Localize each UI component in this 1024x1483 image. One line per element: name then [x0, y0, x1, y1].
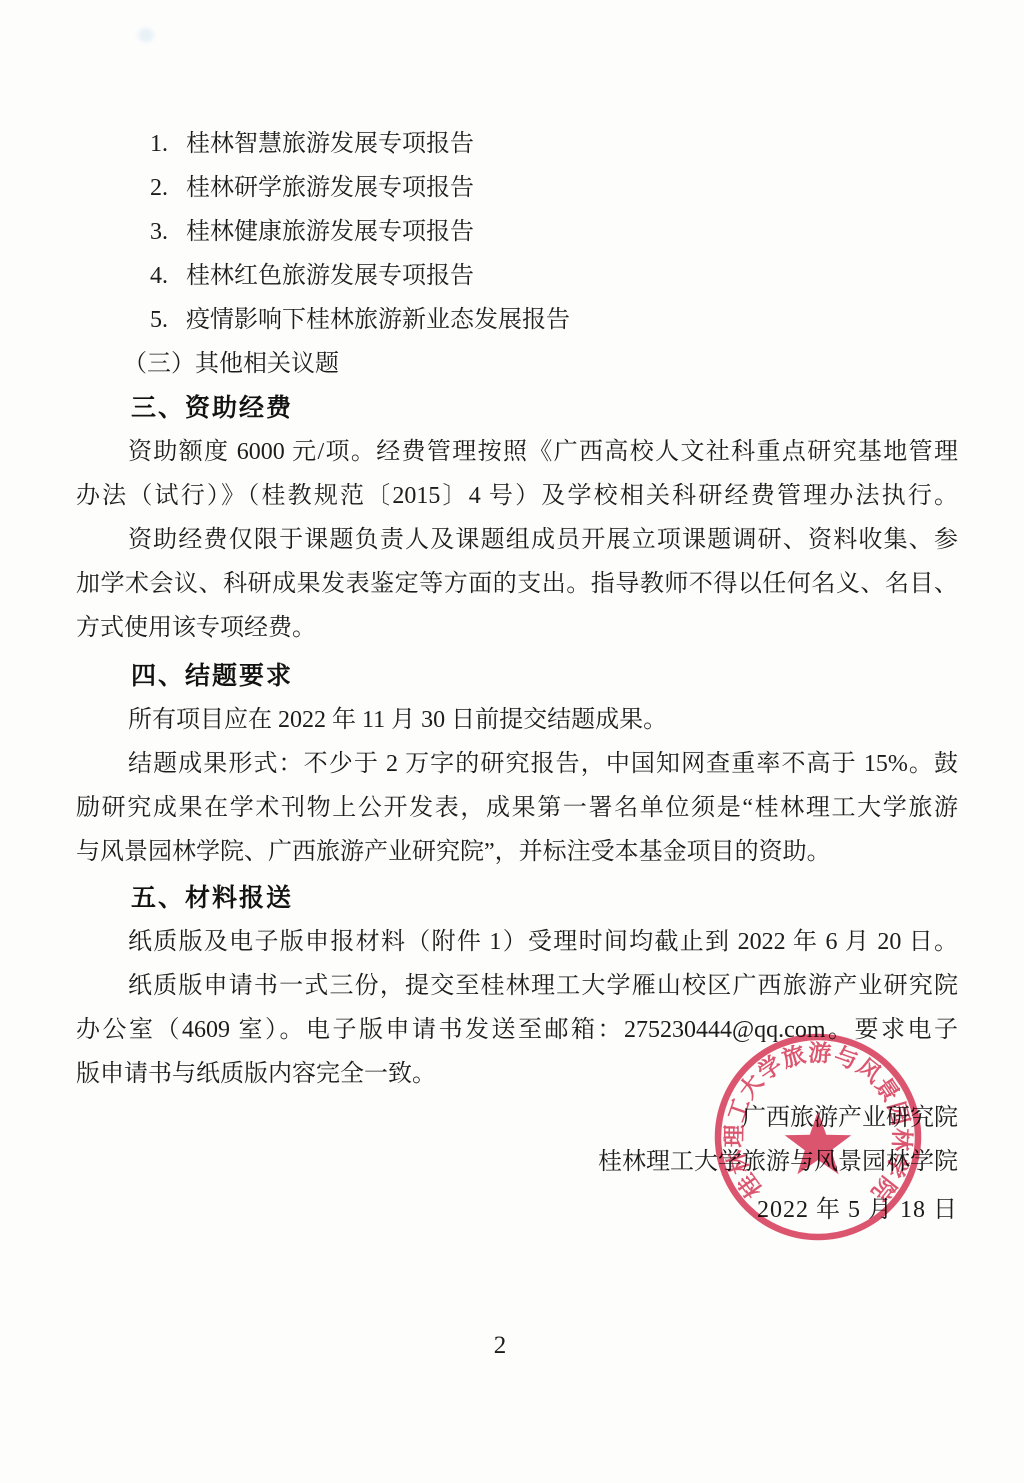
list-item-text: 桂林智慧旅游发展专项报告 — [186, 131, 474, 157]
body-line: 与风景园林学院、广西旅游产业研究院”，并标注受本基金项目的资助。 — [76, 830, 958, 874]
list-item-text: 疫情影响下桂林旅游新业态发展报告 — [186, 307, 570, 333]
signature-org-1: 广西旅游产业研究院 — [76, 1096, 958, 1140]
body-line: 结题成果形式：不少于 2 万字的研究报告，中国知网查重率不高于 15%。鼓 — [76, 742, 958, 786]
signature-date: 2022 年 5 月 18 日 — [76, 1188, 958, 1232]
list-item-text: 桂林健康旅游发展专项报告 — [186, 219, 474, 245]
body-line: 资助经费仅限于课题负责人及课题组成员开展立项课题调研、资料收集、参 — [76, 518, 958, 562]
list-item-2: 2.桂林研学旅游发展专项报告 — [150, 166, 958, 210]
page-number: 2 — [0, 1332, 1000, 1360]
body-line: 办法（试行）》（桂教规范〔2015〕4 号）及学校相关科研经费管理办法执行。 — [76, 474, 958, 518]
body-line: 纸质版及电子版申报材料（附件 1）受理时间均截止到 2022 年 6 月 20 … — [76, 920, 958, 964]
list-item-4: 4.桂林红色旅游发展专项报告 — [150, 254, 958, 298]
body-line: 励研究成果在学术刊物上公开发表，成果第一署名单位须是“桂林理工大学旅游 — [76, 786, 958, 830]
list-item-text: 桂林研学旅游发展专项报告 — [186, 175, 474, 201]
body-line: 方式使用该专项经费。 — [76, 606, 958, 650]
document-content: 1.桂林智慧旅游发展专项报告 2.桂林研学旅游发展专项报告 3.桂林健康旅游发展… — [76, 122, 958, 1232]
body-line: 加学术会议、科研成果发表鉴定等方面的支出。指导教师不得以任何名义、名目、 — [76, 562, 958, 606]
section-heading: 五、材料报送 — [131, 876, 958, 920]
body-line: 办公室（4609 室）。电子版申请书发送至邮箱：275230444@qq.com… — [76, 1008, 958, 1052]
section-completion: 四、结题要求 所有项目应在 2022 年 11 月 30 日前提交结题成果。 结… — [76, 654, 958, 874]
list-item-number: 3. — [150, 210, 172, 254]
report-list: 1.桂林智慧旅游发展专项报告 2.桂林研学旅游发展专项报告 3.桂林健康旅游发展… — [76, 122, 958, 386]
signature-block: 广西旅游产业研究院 桂林理工大学旅游与风景园林学院 2022 年 5 月 18 … — [76, 1096, 958, 1232]
document-page: 1.桂林智慧旅游发展专项报告 2.桂林研学旅游发展专项报告 3.桂林健康旅游发展… — [0, 0, 1024, 1483]
list-item-number: 2. — [150, 166, 172, 210]
list-item-1: 1.桂林智慧旅游发展专项报告 — [150, 122, 958, 166]
body-line: 资助额度 6000 元/项。经费管理按照《广西高校人文社科重点研究基地管理 — [76, 430, 958, 474]
list-item-number: 1. — [150, 122, 172, 166]
body-line: 所有项目应在 2022 年 11 月 30 日前提交结题成果。 — [76, 698, 958, 742]
list-item-3: 3.桂林健康旅游发展专项报告 — [150, 210, 958, 254]
other-topic-line: （三）其他相关议题 — [123, 342, 958, 386]
list-item-5: 5.疫情影响下桂林旅游新业态发展报告 — [150, 298, 958, 342]
scan-smudge — [138, 28, 154, 42]
section-materials: 五、材料报送 纸质版及电子版申报材料（附件 1）受理时间均截止到 2022 年 … — [76, 876, 958, 1096]
section-heading: 三、资助经费 — [131, 386, 958, 430]
signature-org-2: 桂林理工大学旅游与风景园林学院 — [76, 1140, 958, 1184]
list-item-text: 桂林红色旅游发展专项报告 — [186, 263, 474, 289]
body-line: 纸质版申请书一式三份，提交至桂林理工大学雁山校区广西旅游产业研究院 — [76, 964, 958, 1008]
body-line: 版申请书与纸质版内容完全一致。 — [76, 1052, 958, 1096]
list-item-number: 5. — [150, 298, 172, 342]
list-item-number: 4. — [150, 254, 172, 298]
section-heading: 四、结题要求 — [131, 654, 958, 698]
section-funding: 三、资助经费 资助额度 6000 元/项。经费管理按照《广西高校人文社科重点研究… — [76, 386, 958, 650]
